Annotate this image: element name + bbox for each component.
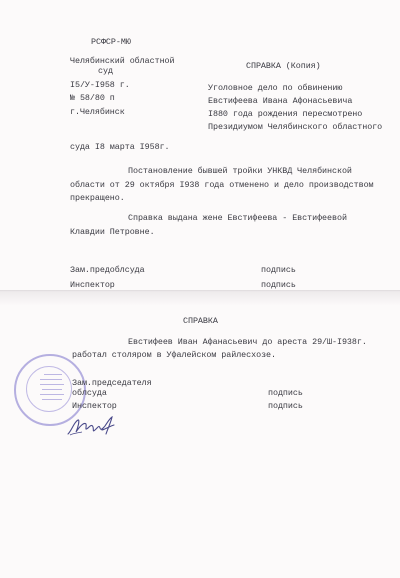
document-page: РСФСР-МЮ Челябинский областной суд I5/У-…	[0, 0, 400, 578]
seal-text-line	[40, 379, 62, 380]
work-line-2: работал столяром в Уфалейском райлесхозе…	[72, 350, 276, 361]
org-code: РСФСР-МЮ	[91, 37, 131, 48]
work-signature-role-1-line2: облсуда	[72, 388, 107, 399]
copy-paragraph2-line1: Справка выдана жене Евстифеева - Евстифе…	[128, 213, 347, 224]
seal-text-line	[42, 389, 62, 390]
copy-line-2: Евстифеева Ивана Афонасьевича	[208, 96, 352, 107]
court-name-line1: Челябинский областной	[70, 56, 175, 67]
certificate-work-title: СПРАВКА	[183, 316, 218, 327]
copy-signature-1: подпись	[261, 265, 296, 276]
copy-line-3: I880 года рождения пересмотрено	[208, 109, 362, 120]
handwritten-signature-icon	[66, 414, 124, 438]
copy-line-4: Президиумом Челябинского областного	[208, 122, 382, 133]
copy-paragraph1-line1: Постановление бывшей тройки УНКВД Челяби…	[128, 166, 352, 177]
copy-line-5: суда I8 марта I958г.	[70, 142, 170, 153]
seal-text-line	[40, 384, 64, 385]
work-line-1: Евстифеев Иван Афанасьевич до ареста 29/…	[128, 337, 367, 348]
city: г.Челябинск	[70, 107, 125, 118]
copy-paragraph1-line3: прекращено.	[70, 193, 125, 204]
work-signature-1: подпись	[268, 388, 303, 399]
paper-fold-shadow	[0, 292, 400, 306]
document-number: № 58/80 п	[70, 93, 115, 104]
seal-text-line	[44, 374, 62, 375]
certificate-copy-title: СПРАВКА (Копия)	[246, 61, 321, 72]
copy-signature-role-1: Зам.предоблсуда	[70, 265, 145, 276]
court-name-line2: суд	[98, 66, 113, 77]
work-signature-2: подпись	[268, 401, 303, 412]
copy-paragraph1-line2: области от 29 октября I938 года отменено…	[70, 180, 374, 191]
seal-text-line	[42, 399, 62, 400]
copy-paragraph2-line2: Клавдии Петровне.	[70, 227, 155, 238]
document-date: I5/У-I958 г.	[70, 80, 130, 91]
copy-line-1: Уголовное дело по обвинению	[208, 83, 342, 94]
work-signature-role-2: Инспектор	[72, 401, 117, 412]
seal-text-line	[40, 394, 64, 395]
